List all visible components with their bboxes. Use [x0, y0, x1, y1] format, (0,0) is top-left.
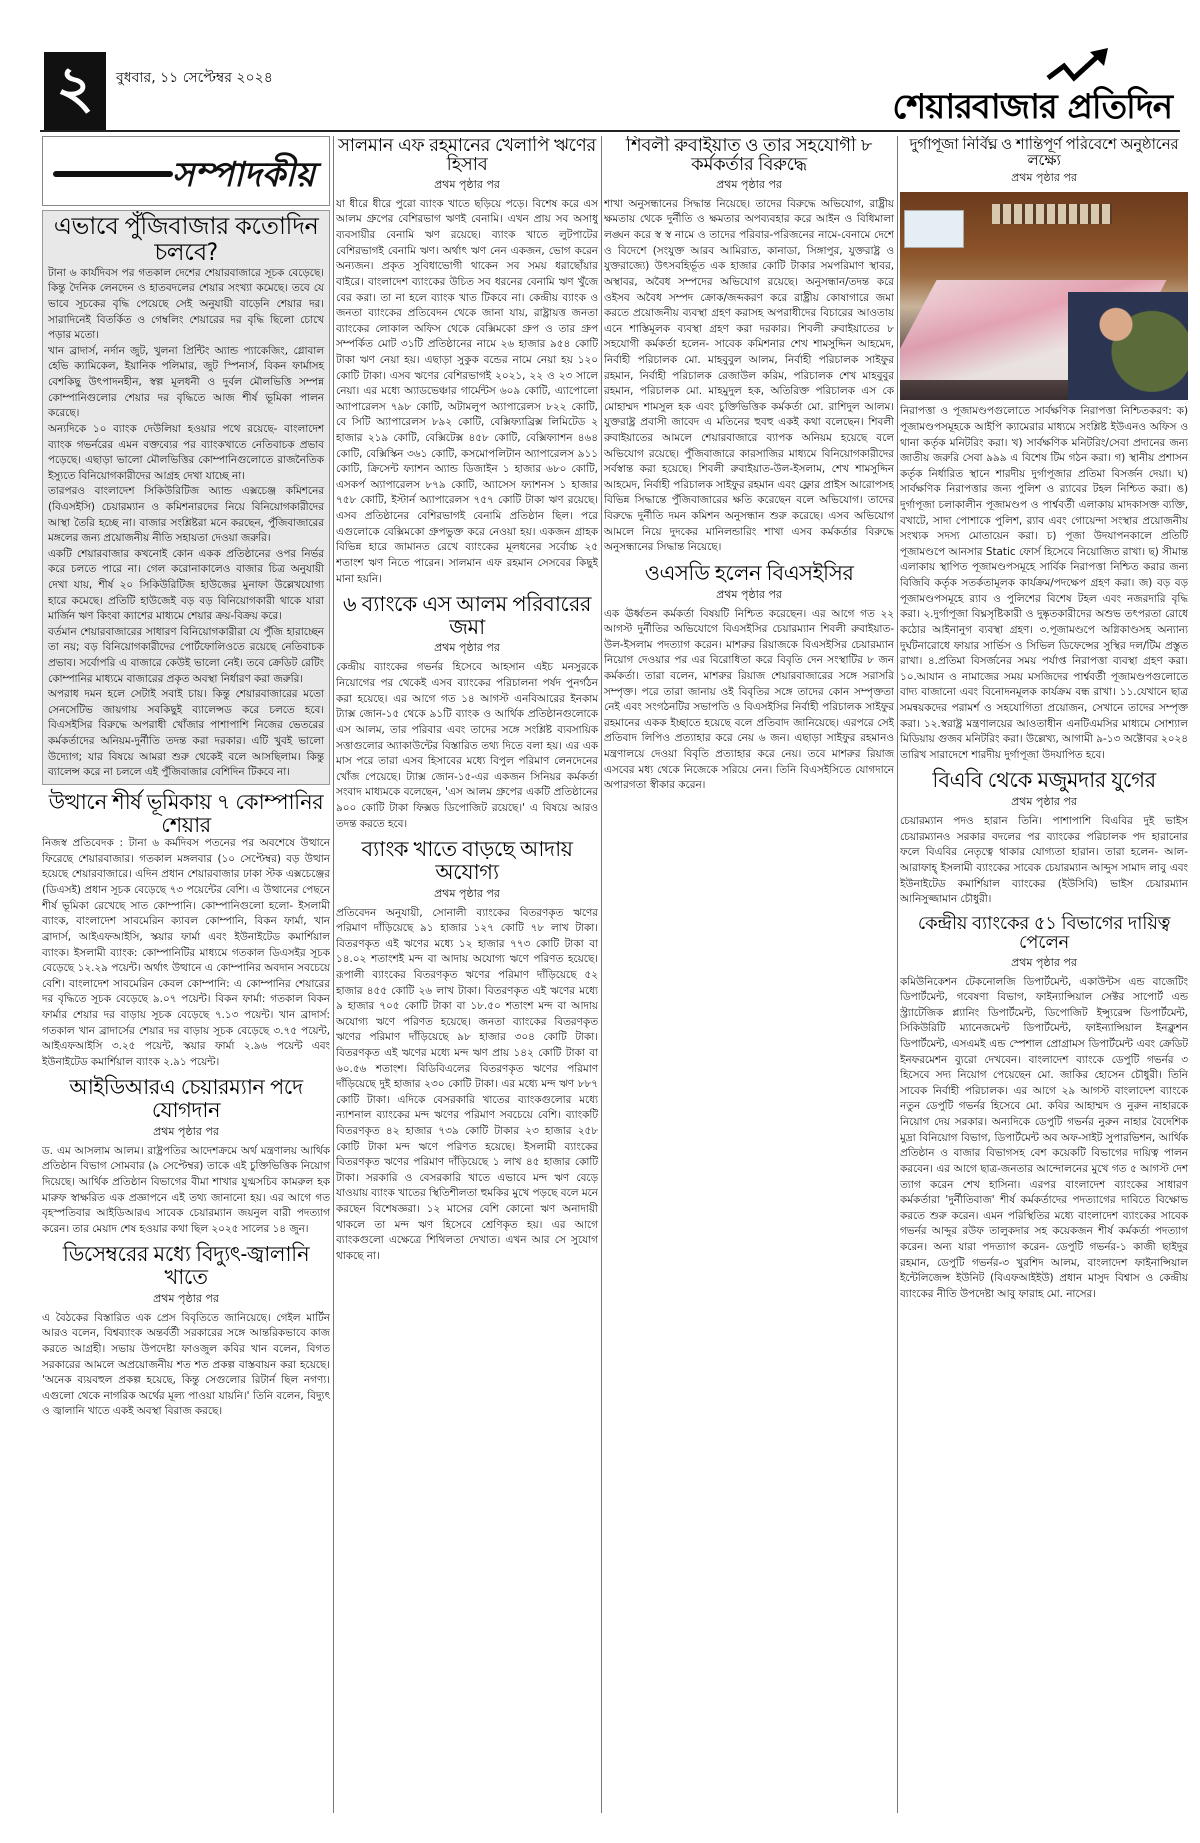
- masthead: ২ বুধবার, ১১ সেপ্টেম্বর ২০২৪ শেয়ারবাজার…: [40, 50, 1180, 132]
- column-2: সালমান এফ রহমানের খেলাপি ঋণের হিসাব প্রথ…: [336, 136, 598, 1823]
- editorial-body: টানা ৬ কার্যদিবস পর গতকাল দেশের শেয়ারবা…: [48, 266, 324, 781]
- article-salman: সালমান এফ রহমানের খেলাপি ঋণের হিসাব প্রথ…: [336, 136, 598, 587]
- article-body: যা ধীরে ধীরে পুরো ব্যাংক খাতে ছড়িয়ে পড…: [336, 197, 598, 587]
- article-body: কমিউনিকেশন টেকনোলজি ডিপার্টমেন্ট, একাউন্…: [900, 975, 1188, 1303]
- article-seven-companies: উত্থানে শীর্ষ ভূমিকায় ৭ কোম্পানির শেয়া…: [42, 791, 330, 1070]
- article-body: প্রতিবেদন অনুযায়ী, সোনালী ব্যাংকের বিতর…: [336, 906, 598, 1265]
- editorial-article: এভাবে পুঁজিবাজার কতোদিন চলবে? টানা ৬ কার…: [42, 210, 330, 785]
- article-durga-puja: দুর্গাপূজা নির্বিঘ্ন ও শান্তিপূর্ণ পরিবে…: [900, 136, 1188, 763]
- article-power-energy: ডিসেম্বরের মধ্যে বিদ্যুৎ-জ্বালানি খাতে প…: [42, 1243, 330, 1420]
- trend-arrow-icon: [1046, 48, 1110, 88]
- article-headline[interactable]: কেন্দ্রীয় ব্যাংকের ৫১ বিভাগের দায়িত্ব …: [900, 914, 1188, 953]
- continued-kicker: প্রথম পৃষ্ঠার পর: [604, 586, 894, 605]
- article-body: কেন্দ্রীয় ব্যাংকের গভর্নর হিসেবে আহসান …: [336, 660, 598, 832]
- continued-kicker: প্রথম পৃষ্ঠার পর: [42, 1123, 330, 1142]
- article-body: চেয়ারম্যান পদও হারান তিনি। পাশাপাশি বিএ…: [900, 814, 1188, 908]
- article-central-bank-51: কেন্দ্রীয় ব্যাংকের ৫১ বিভাগের দায়িত্ব …: [900, 914, 1188, 1303]
- editorial-paragraph: একটি শেয়ারবাজার কখনোই কোন একক প্রতিষ্ঠা…: [48, 547, 324, 625]
- newspaper-logo[interactable]: শেয়ারবাজার প্রতিদিন: [892, 50, 1172, 128]
- continued-kicker: প্রথম পৃষ্ঠার পর: [900, 954, 1188, 973]
- editorial-paragraph: টানা ৬ কার্যদিবস পর গতকাল দেশের শেয়ারবা…: [48, 266, 324, 344]
- article-headline[interactable]: ৬ ব্যাংকে এস আলম পরিবারের জমা: [336, 593, 598, 638]
- continued-kicker: প্রথম পৃষ্ঠার পর: [336, 639, 598, 658]
- article-headline[interactable]: উত্থানে শীর্ষ ভূমিকায় ৭ কোম্পানির শেয়া…: [42, 791, 330, 836]
- article-body: এ বৈঠকের বিস্তারিত এক প্রেস বিবৃতিতে জান…: [42, 1311, 330, 1420]
- continued-kicker: প্রথম পৃষ্ঠার পর: [900, 169, 1188, 188]
- meeting-photo[interactable]: [900, 192, 1188, 400]
- editorial-paragraph: তারপরও বাংলাদেশ সিকিউরিটিজ অ্যান্ড এক্সচ…: [48, 484, 324, 546]
- continued-kicker: প্রথম পৃষ্ঠার পর: [900, 793, 1188, 812]
- editorial-paragraph: অন্যদিকে ১০ ব্যাংক দেউলিয়া হওয়ার পথে র…: [48, 422, 324, 484]
- article-body: ড. এম আসলাম আলম। রাষ্ট্রপতির আদেশক্রমে অ…: [42, 1144, 330, 1238]
- article-bab: বিএবি থেকে মজুমদার যুগের প্রথম পৃষ্ঠার প…: [900, 769, 1188, 907]
- article-body: শাখা অনুসন্ধানের সিদ্ধান্ত নিয়েছে। তাদে…: [604, 197, 894, 556]
- column-1: সম্পাদকীয় এভাবে পুঁজিবাজার কতোদিন চলবে?…: [42, 136, 330, 1823]
- editorial-banner: সম্পাদকীয়: [42, 136, 330, 206]
- editorial-paragraph: খান ব্রাদার্স, নর্দান জুট, খুলনা প্রিন্ট…: [48, 344, 324, 422]
- article-six-banks: ৬ ব্যাংকে এস আলম পরিবারের জমা প্রথম পৃষ্…: [336, 593, 598, 832]
- article-body: নিজস্ব প্রতিবেদক : টানা ৬ কর্মদিবস পতনের…: [42, 836, 330, 1070]
- continued-kicker: প্রথম পৃষ্ঠার পর: [604, 176, 894, 195]
- article-headline[interactable]: দুর্গাপূজা নির্বিঘ্ন ও শান্তিপূর্ণ পরিবে…: [900, 136, 1188, 168]
- portrait-frames: [992, 204, 1112, 224]
- editorial-paragraph: বর্তমান শেয়ারবাজারের সাধারণ বিনিয়োগকার…: [48, 625, 324, 687]
- article-idra: আইডিআরএ চেয়ারম্যান পদে যোগদান প্রথম পৃষ…: [42, 1076, 330, 1237]
- logo-text: শেয়ারবাজার প্রতিদিন: [892, 90, 1172, 128]
- projector-screen: [904, 210, 964, 248]
- article-headline[interactable]: ব্যাংক খাতে বাড়ছে আদায় অযোগ্য: [336, 838, 598, 883]
- continued-kicker: প্রথম পৃষ্ঠার পর: [336, 176, 598, 195]
- column-divider: [601, 136, 602, 1813]
- article-osd: ওএসডি হলেন বিএসইসির প্রথম পৃষ্ঠার পর এক …: [604, 562, 894, 794]
- article-body: নিরাপত্তা ও পূজামণ্ডপগুলোতে সার্বক্ষণিক …: [900, 404, 1188, 763]
- editorial-section-title: সম্পাদকীয়: [172, 149, 315, 206]
- article-headline[interactable]: আইডিআরএ চেয়ারম্যান পদে যোগদান: [42, 1076, 330, 1121]
- editorial-headline[interactable]: এভাবে পুঁজিবাজার কতোদিন চলবে?: [48, 214, 324, 266]
- article-headline[interactable]: ওএসডি হলেন বিএসইসির: [604, 562, 894, 585]
- article-body: এক ঊর্ধ্বতন কর্মকর্তা বিষয়টি নিশ্চিত কর…: [604, 607, 894, 794]
- article-headline[interactable]: ডিসেম্বরের মধ্যে বিদ্যুৎ-জ্বালানি খাতে: [42, 1243, 330, 1288]
- article-headline[interactable]: সালমান এফ রহমানের খেলাপি ঋণের হিসাব: [336, 136, 598, 175]
- issue-date: বুধবার, ১১ সেপ্টেম্বর ২০২৪: [116, 66, 273, 90]
- article-headline[interactable]: শিবলী রুবাইয়াত ও তার সহযোগী ৮ কর্মকর্তা…: [604, 136, 894, 175]
- column-divider: [897, 136, 898, 1813]
- brush-stroke-decoration: [53, 171, 173, 177]
- article-bank-recovery: ব্যাংক খাতে বাড়ছে আদায় অযোগ্য প্রথম পৃ…: [336, 838, 598, 1264]
- column-3: শিবলী রুবাইয়াত ও তার সহযোগী ৮ কর্মকর্তা…: [604, 136, 894, 1823]
- page-number: ২: [44, 52, 106, 130]
- article-shibli: শিবলী রুবাইয়াত ও তার সহযোগী ৮ কর্মকর্তা…: [604, 136, 894, 556]
- column-4: দুর্গাপূজা নির্বিঘ্ন ও শান্তিপূর্ণ পরিবে…: [900, 136, 1188, 1823]
- continued-kicker: প্রথম পৃষ্ঠার পর: [42, 1290, 330, 1309]
- continued-kicker: প্রথম পৃষ্ঠার পর: [336, 885, 598, 904]
- editorial-paragraph: অপরাধ দমন হলে সেটাই সবাই চায়। কিন্তু শে…: [48, 687, 324, 781]
- column-divider: [333, 136, 334, 1813]
- article-headline[interactable]: বিএবি থেকে মজুমদার যুগের: [900, 769, 1188, 792]
- meeting-attendees: [1068, 292, 1188, 400]
